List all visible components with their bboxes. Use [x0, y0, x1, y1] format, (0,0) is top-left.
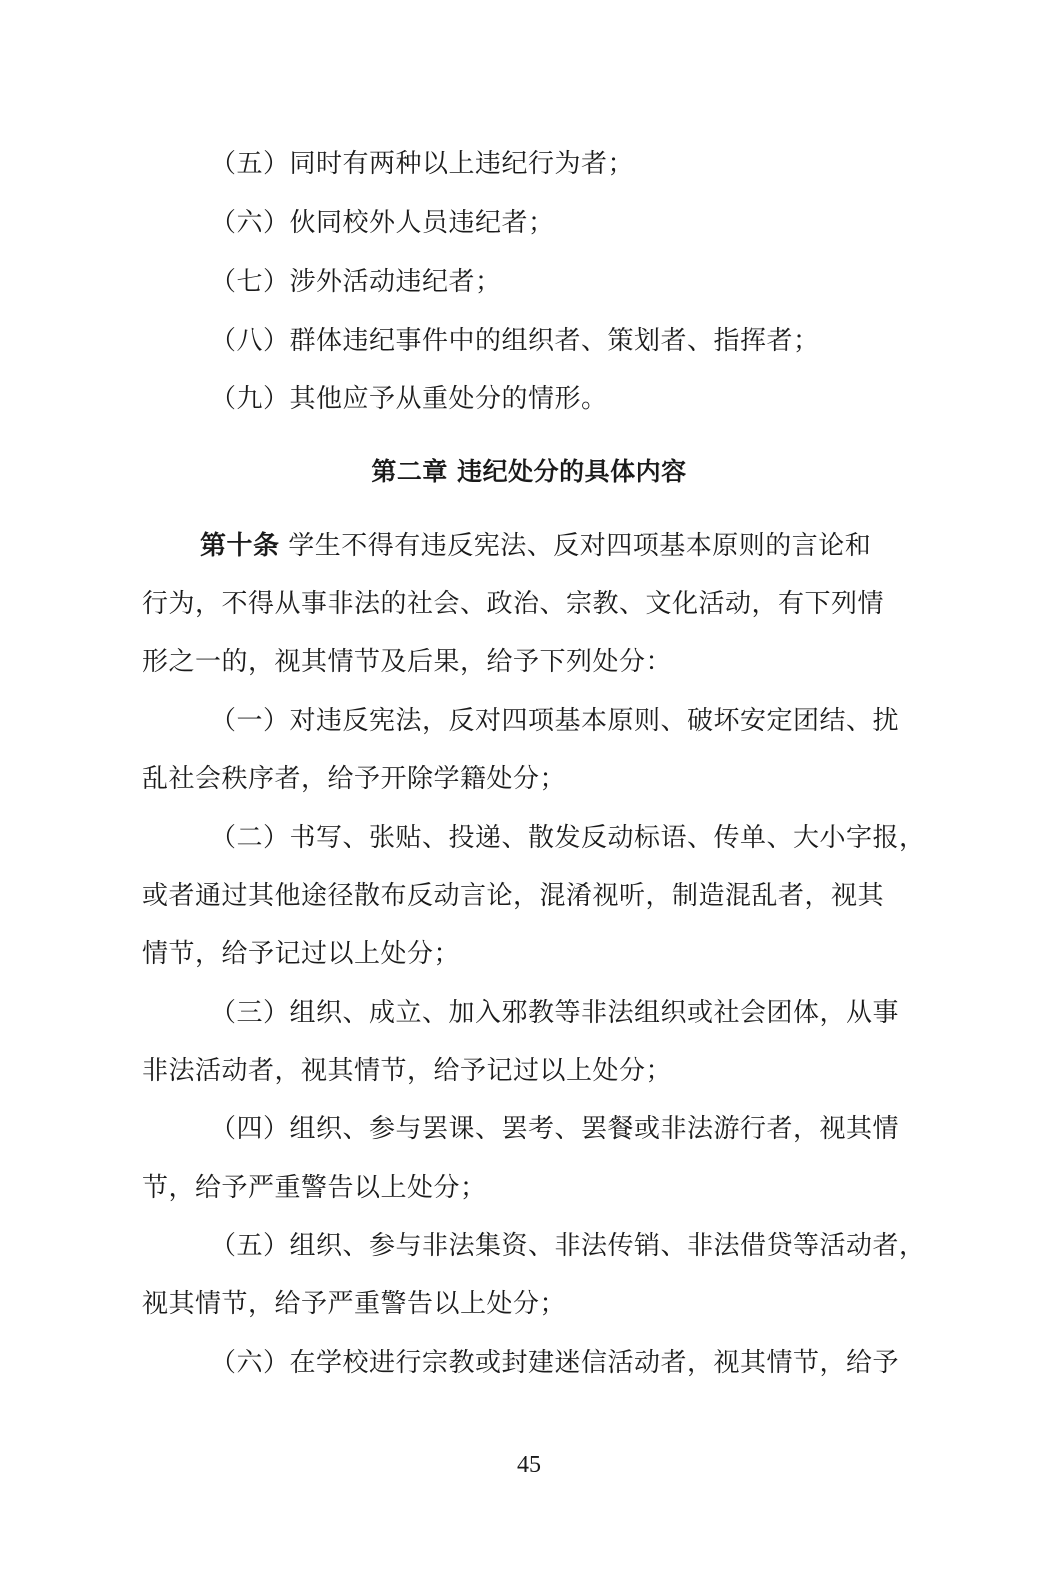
- clause-1-cont: 乱社会秩序者，给予开除学籍处分；: [142, 763, 566, 795]
- article-10-line-3: 形之一的，视其情节及后果，给予下列处分：: [142, 646, 672, 678]
- clause-item-8-aggravating: （八）群体违纪事件中的组织者、策划者、指挥者；: [210, 325, 820, 357]
- article-label: 第十条: [200, 531, 280, 561]
- clause-2-cont-2: 情节，给予记过以上处分；: [142, 938, 460, 970]
- article-10-line-2: 行为，不得从事非法的社会、政治、宗教、文化活动，有下列情: [142, 588, 884, 620]
- clause-item-7-aggravating: （七）涉外活动违纪者；: [210, 266, 502, 298]
- clause-item-9-aggravating: （九）其他应予从重处分的情形。: [210, 383, 608, 415]
- clause-3: （三）组织、成立、加入邪教等非法组织或社会团体，从事: [210, 997, 899, 1029]
- clause-4: （四）组织、参与罢课、罢考、罢餐或非法游行者，视其情: [210, 1113, 899, 1145]
- clause-6: （六）在学校进行宗教或封建迷信活动者，视其情节，给予: [210, 1347, 899, 1379]
- clause-2-cont: 或者通过其他途径散布反动言论，混淆视听，制造混乱者，视其: [142, 880, 884, 912]
- clause-item-5-aggravating: （五）同时有两种以上违纪行为者；: [210, 148, 634, 180]
- clause-4-cont: 节，给予严重警告以上处分；: [142, 1172, 487, 1204]
- clause-5: （五）组织、参与非法集资、非法传销、非法借贷等活动者，: [210, 1230, 926, 1262]
- chapter-heading: 第二章 违纪处分的具体内容: [0, 456, 1058, 488]
- clause-item-6-aggravating: （六）伙同校外人员违纪者；: [210, 207, 555, 239]
- clause-5-cont: 视其情节，给予严重警告以上处分；: [142, 1288, 566, 1320]
- article-text: 学生不得有违反宪法、反对四项基本原则的言论和: [280, 531, 872, 561]
- clause-3-cont: 非法活动者，视其情节，给予记过以上处分；: [142, 1055, 672, 1087]
- clause-2: （二）书写、张贴、投递、散发反动标语、传单、大小字报，: [210, 822, 926, 854]
- page-number: 45: [0, 1452, 1058, 1479]
- clause-1: （一）对违反宪法，反对四项基本原则、破坏安定团结、扰: [210, 705, 899, 737]
- article-10-first-line: 第十条 学生不得有违反宪法、反对四项基本原则的言论和: [200, 530, 871, 562]
